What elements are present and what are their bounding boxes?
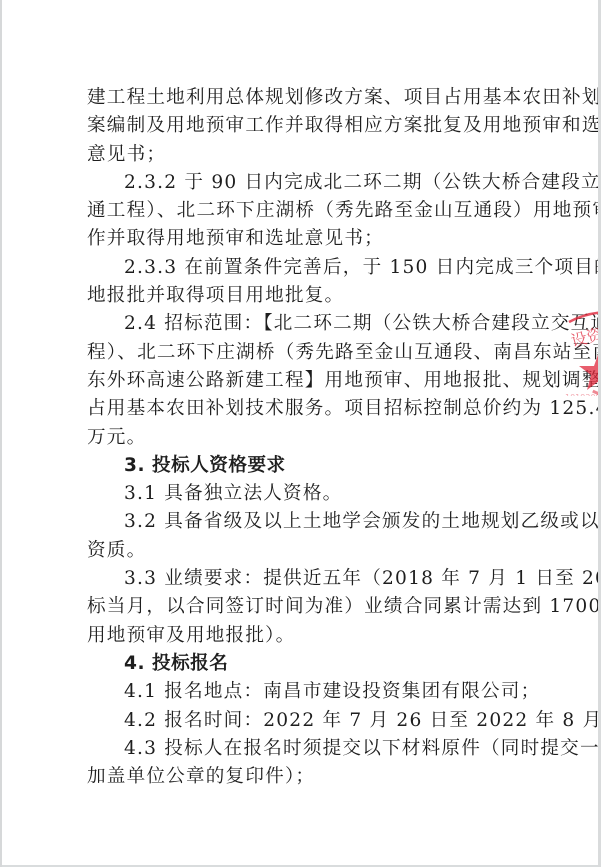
text-line: 资质。 — [87, 537, 537, 565]
seal-digits: 1019200 — [565, 393, 598, 396]
text-line: 作并取得用地预审和选址意见书； — [87, 225, 537, 253]
document-body: 建工程土地利用总体规划修改方案、项目占用基本农田补划方 案编制及用地预审工作并取… — [87, 84, 537, 791]
text-line: 通工程）、北二环下庄湖桥（秀先路至金山互通段）用地预审工 — [87, 197, 537, 225]
seal-text: 设资 — [569, 324, 598, 351]
text-line: 万元。 — [87, 424, 537, 452]
text-line: 程）、北二环下庄湖桥（秀先路至金山互通段、南昌东站至南昌 — [87, 339, 537, 367]
text-line: 意见书； — [87, 141, 537, 169]
company-seal: 设资 1019200 — [555, 300, 598, 396]
clause-4-2: 4.2 报名时间：2022 年 7 月 26 日至 2022 年 8 月 1 日 — [87, 707, 537, 735]
text-line: 用地预审及用地报批）。 — [87, 622, 537, 650]
text-line: 建工程土地利用总体规划修改方案、项目占用基本农田补划方 — [87, 84, 537, 112]
text-line: 占用基本农田补划技术服务。项目招标控制总价约为 125.493 — [87, 395, 537, 423]
clause-4-1: 4.1 报名地点：南昌市建设投资集团有限公司； — [87, 678, 537, 706]
clause-3-3: 3.3 业绩要求：提供近五年（2018 年 7 月 1 日至 2022 年开 — [87, 565, 537, 593]
document-page: 建工程土地利用总体规划修改方案、项目占用基本农田补划方 案编制及用地预审工作并取… — [2, 0, 598, 865]
clause-3-1: 3.1 具备独立法人资格。 — [87, 480, 537, 508]
text-line: 东外环高速公路新建工程】用地预审、用地报批、规划调整及 — [87, 367, 537, 395]
clause-2-4: 2.4 招标范围：【北二环二期（公铁大桥合建段立交互通工 — [87, 310, 537, 338]
text-line: 标当月，以合同签订时间为准）业绩合同累计需达到 1700 亩（含 — [87, 593, 537, 621]
section-heading-3: 3. 投标人资格要求 — [87, 452, 537, 480]
clause-2-3-2: 2.3.2 于 90 日内完成北二环二期（公铁大桥合建段立交互 — [87, 169, 537, 197]
star-icon — [579, 352, 598, 390]
text-line: 加盖单位公章的复印件）； — [87, 763, 537, 791]
text-line: 地报批并取得项目用地批复。 — [87, 282, 537, 310]
clause-3-2: 3.2 具备省级及以上土地学会颁发的土地规划乙级或以上 — [87, 508, 537, 536]
clause-2-3-3: 2.3.3 在前置条件完善后，于 150 日内完成三个项目的用 — [87, 254, 537, 282]
section-heading-4: 4. 投标报名 — [87, 650, 537, 678]
seal-graphic: 设资 1019200 — [555, 300, 598, 396]
clause-4-3: 4.3 投标人在报名时须提交以下材料原件（同时提交一份 — [87, 735, 537, 763]
text-line: 案编制及用地预审工作并取得相应方案批复及用地预审和选址 — [87, 112, 537, 140]
